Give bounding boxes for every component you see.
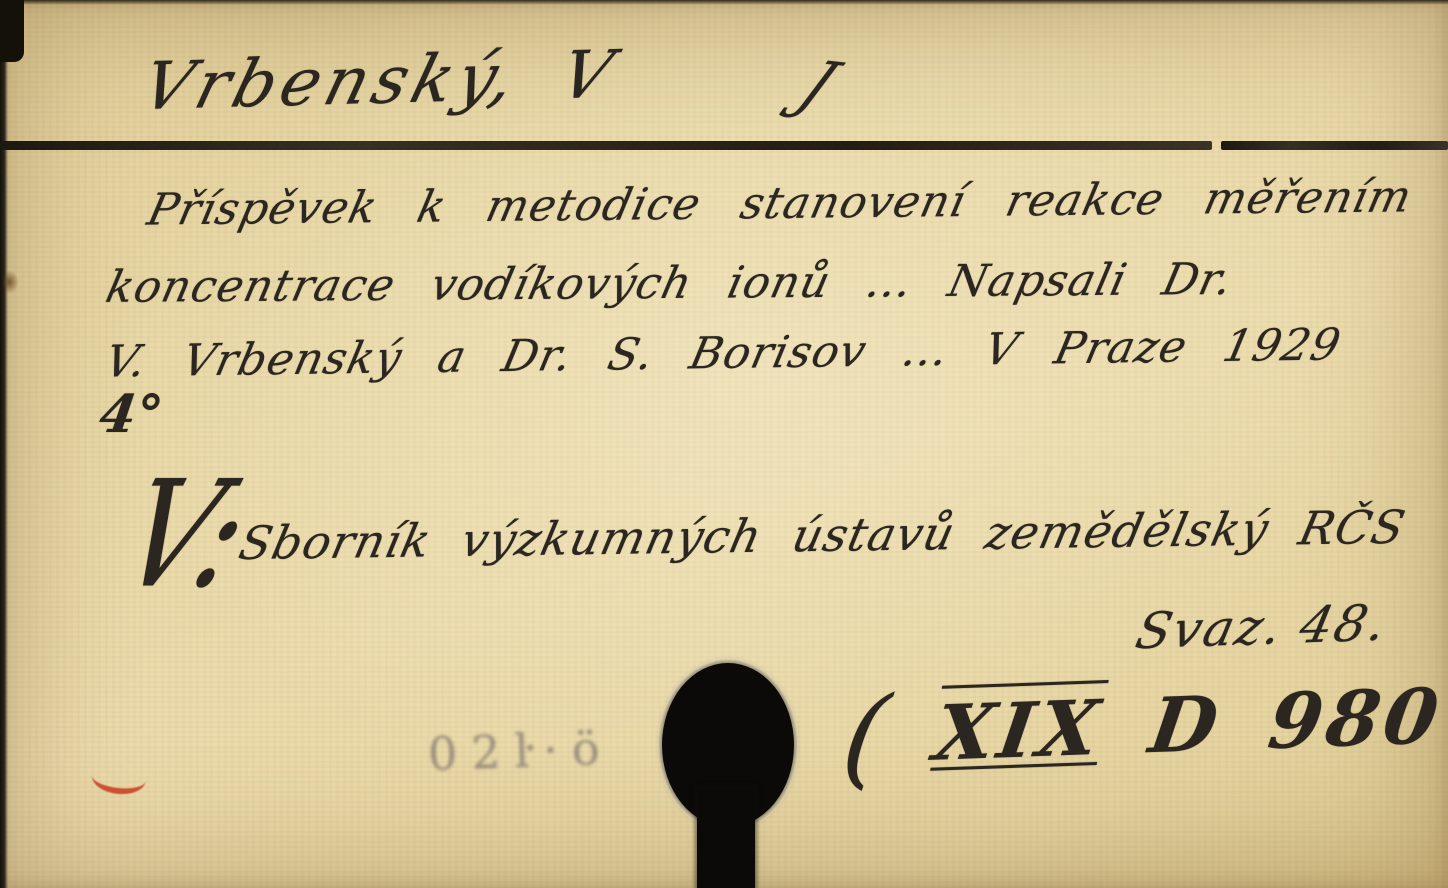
call-number: ( XIX D 980 ) <box>835 652 1448 801</box>
punch-hole-slot <box>697 788 755 888</box>
format-note: 4° <box>96 384 167 445</box>
call-number-roman: XIX <box>929 683 1108 778</box>
scan-edge-top <box>0 0 1448 5</box>
call-number-number: 980 <box>1263 671 1447 766</box>
title-line-1: Příspěvek k metodice stanovení reakce mě… <box>143 171 1417 235</box>
title-line-3: V. Vrbenský a Dr. S. Borisov ... V Praze… <box>101 319 1346 387</box>
author-heading: Vrbenský, V <box>134 36 625 125</box>
call-number-letter: D <box>1144 679 1227 770</box>
source-title: Sborník výzkumných ústavů zemědělský RČS <box>234 500 1410 570</box>
stray-pen-mark: J <box>787 47 851 122</box>
paper-stain <box>3 270 19 294</box>
heading-rule-right <box>1221 141 1448 150</box>
faded-stamp: 02ŀ·ö <box>427 721 614 781</box>
call-number-open-paren: ( <box>835 675 895 801</box>
catalog-card-scan: Vrbenský, V J Příspěvek k metodice stano… <box>0 0 1448 888</box>
scan-corner-shadow <box>0 0 24 62</box>
heading-rule-left <box>0 141 1212 150</box>
red-pen-mark <box>90 759 147 796</box>
volume-note: Svaz. 48. <box>1131 594 1393 661</box>
scan-edge-left <box>0 0 8 888</box>
title-line-2: koncentrace vodíkových ionů ... Napsali … <box>101 254 1237 313</box>
